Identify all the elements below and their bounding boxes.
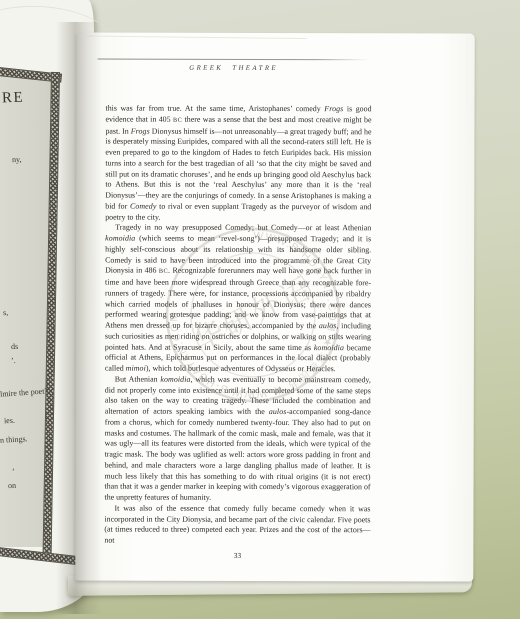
running-header-rule xyxy=(98,59,370,61)
left-page-fragment: s, xyxy=(3,308,8,317)
body-text: this was far from true. At the same time… xyxy=(104,104,371,547)
greek-key-border-bottom xyxy=(0,547,82,565)
left-page-fragment: RE xyxy=(2,90,25,108)
left-page-fragment: ny, xyxy=(12,155,22,164)
left-page-fragment: ies. xyxy=(4,416,15,425)
left-page-fragment: on xyxy=(8,481,16,490)
right-page: GREEK THEATRE this was far from true. At… xyxy=(75,32,474,581)
paragraph: It was also of the essence that comedy f… xyxy=(104,503,370,547)
paragraph: But Athenian komoidia, which was eventua… xyxy=(104,374,370,504)
page-under-edge-line xyxy=(87,36,307,39)
left-page-fragment: ds xyxy=(11,342,18,351)
left-page-fragment: ’ xyxy=(12,467,15,476)
paragraph: Tragedy in no way presupposed Comedy; bu… xyxy=(105,223,371,375)
left-page-fragment: n things. xyxy=(0,434,28,444)
left-page-fragment: ’. xyxy=(11,356,16,365)
paragraph: this was far from true. At the same time… xyxy=(105,104,371,224)
running-header-title: GREEK THEATRE xyxy=(98,65,370,73)
book-photo: REny,s,ds’.lmire the poet?ies.n things.’… xyxy=(0,0,520,619)
page-number: 33 xyxy=(104,551,370,561)
